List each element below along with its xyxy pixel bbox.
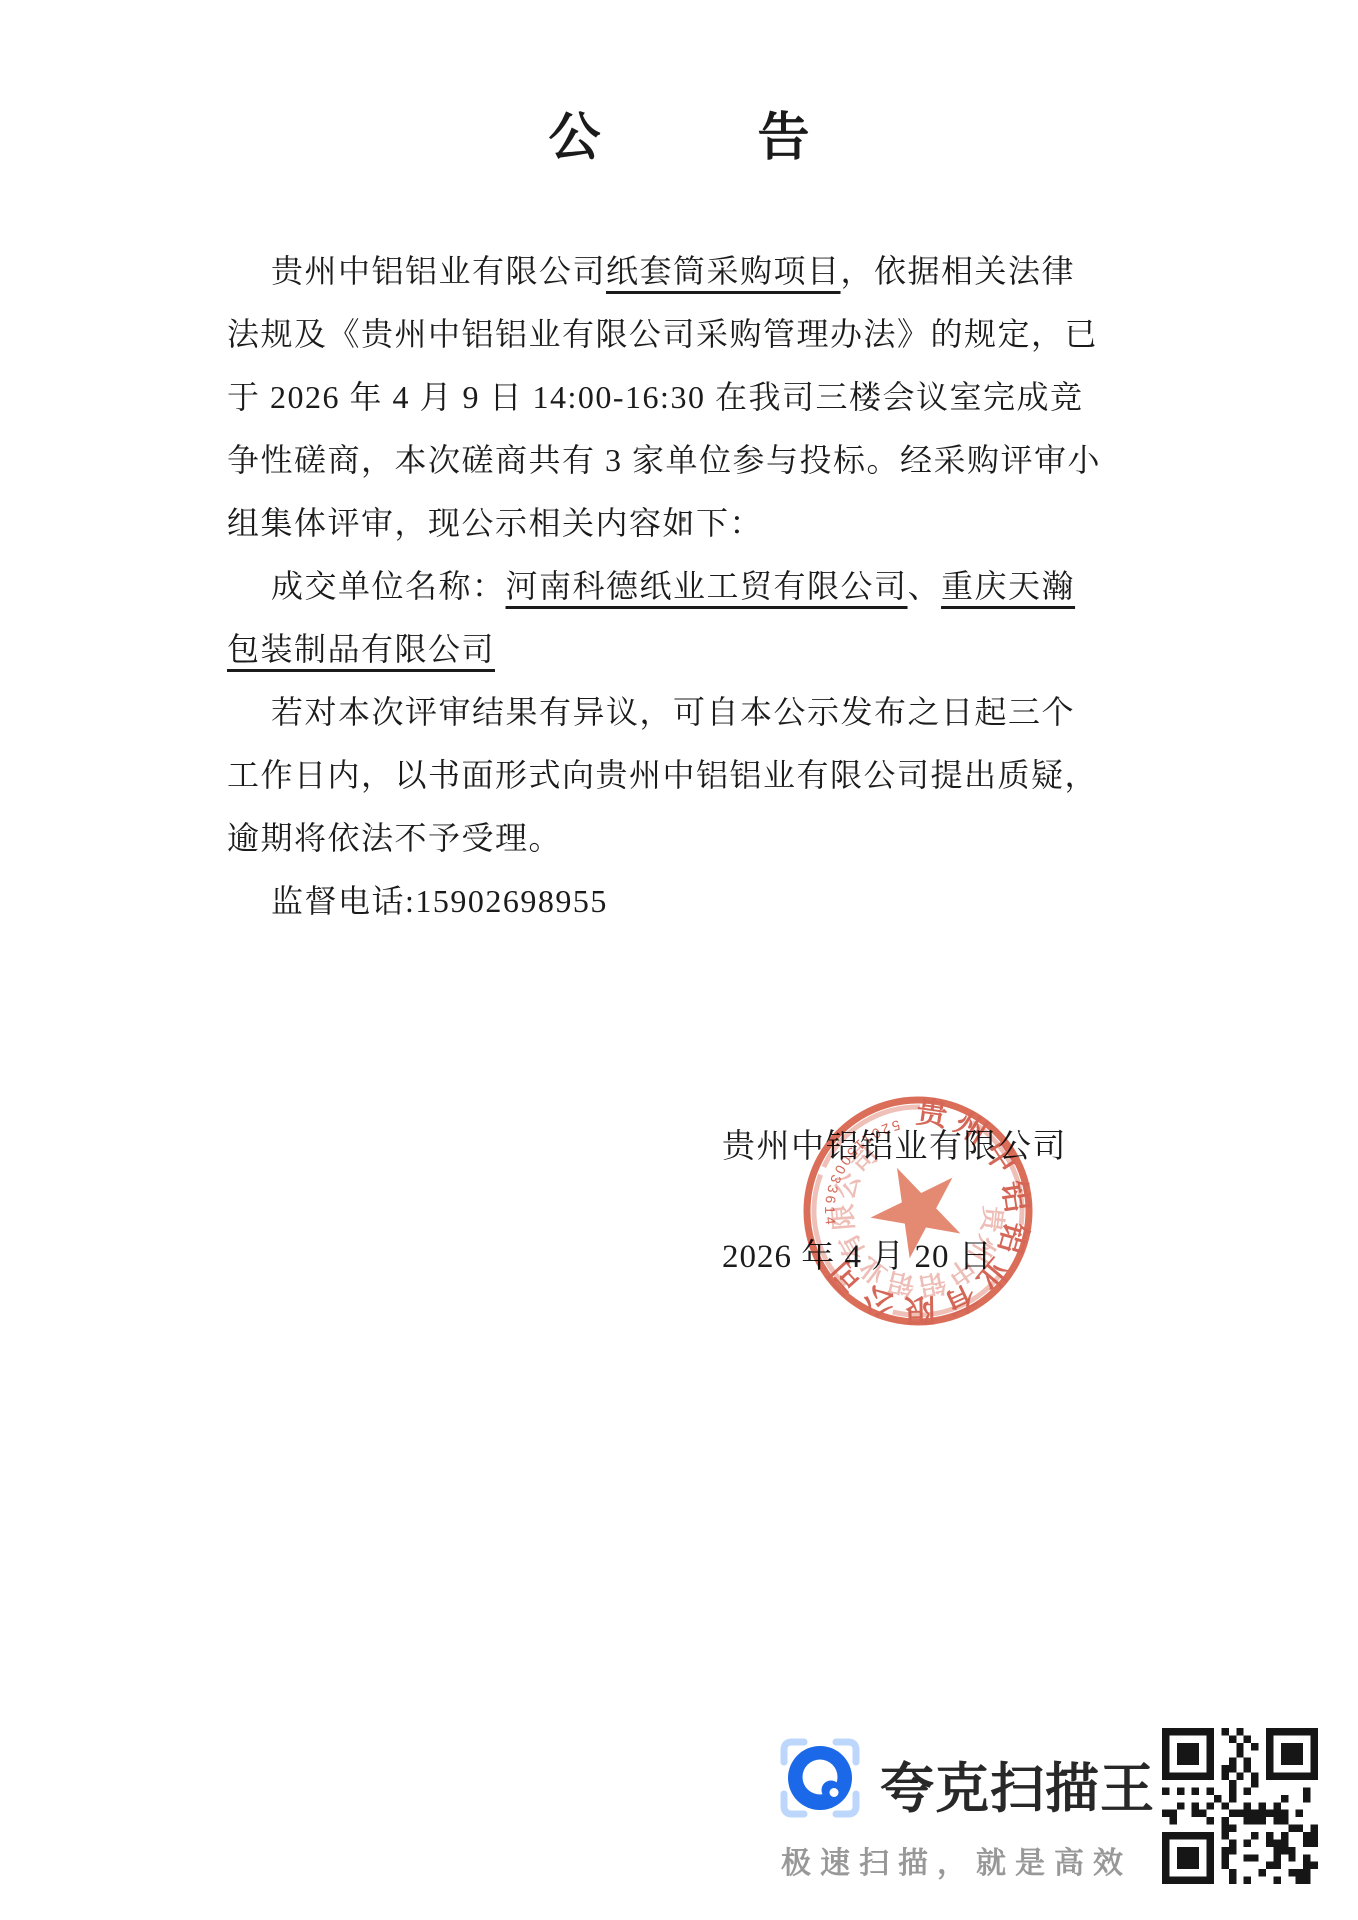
scanner-tagline: 极速扫描，就是高效 bbox=[781, 1838, 1132, 1882]
quark-scanner-logo-icon bbox=[778, 1736, 862, 1820]
body-text: 监督电话:15902698955 bbox=[271, 883, 608, 919]
body-line: 工作日内，以书面形式向贵州中铝铝业有限公司提出质疑， bbox=[227, 744, 1137, 807]
body-text: 工作日内，以书面形式向贵州中铝铝业有限公司提出质疑， bbox=[227, 757, 1098, 793]
qr-code bbox=[1162, 1728, 1318, 1884]
scan-speck bbox=[681, 517, 686, 522]
official-seal: 贵州中铝铝业有限公司 贵州中铝铝业有限公司 5201150033614 bbox=[796, 1089, 1040, 1333]
body-line: 若对本次评审结果有异议，可自本公示发布之日起三个 bbox=[227, 681, 1137, 744]
underlined-text: 纸套筒采购项目 bbox=[606, 253, 841, 289]
body-line: 监督电话:15902698955 bbox=[227, 870, 1137, 933]
title-char: 告 bbox=[758, 110, 810, 167]
body-text: 法规及《贵州中铝铝业有限公司采购管理办法》的规定，已 bbox=[227, 316, 1098, 352]
body-text: 于 2026 年 4 月 9 日 14:00-16:30 在我司三楼会议室完成竞 bbox=[227, 379, 1083, 415]
body-line: 逾期将依法不予受理。 bbox=[227, 807, 1137, 870]
body-text: 、 bbox=[908, 568, 942, 604]
document-body: 贵州中铝铝业有限公司纸套筒采购项目，依据相关法律法规及《贵州中铝铝业有限公司采购… bbox=[227, 240, 1137, 933]
body-text: 成交单位名称： bbox=[271, 568, 506, 604]
body-text: 组集体评审，现公示相关内容如下： bbox=[227, 505, 763, 541]
document-title: 公告 bbox=[0, 108, 1358, 170]
body-text: 贵州中铝铝业有限公司 bbox=[271, 253, 606, 289]
body-line: 组集体评审，现公示相关内容如下： bbox=[227, 492, 1137, 555]
seal-main-impression: 贵州中铝铝业有限公司 5201150033614 bbox=[796, 1089, 1040, 1333]
body-line: 争性磋商，本次磋商共有 3 家单位参与投标。经采购评审小 bbox=[227, 429, 1137, 492]
scanner-app-name: 夸克扫描王 bbox=[880, 1746, 1155, 1823]
body-text: 争性磋商，本次磋商共有 3 家单位参与投标。经采购评审小 bbox=[227, 442, 1101, 478]
body-line: 贵州中铝铝业有限公司纸套筒采购项目，依据相关法律 bbox=[227, 240, 1137, 303]
scanned-announcement-page: 公告 贵州中铝铝业有限公司纸套筒采购项目，依据相关法律法规及《贵州中铝铝业有限公… bbox=[0, 0, 1358, 1920]
underlined-text: 河南科德纸业工贸有限公司 bbox=[506, 568, 908, 604]
body-line: 成交单位名称：河南科德纸业工贸有限公司、重庆天瀚 bbox=[227, 555, 1137, 618]
body-text: 逾期将依法不予受理。 bbox=[227, 820, 562, 856]
body-line: 包装制品有限公司 bbox=[227, 618, 1137, 681]
underlined-text: 包装制品有限公司 bbox=[227, 631, 495, 667]
body-line: 于 2026 年 4 月 9 日 14:00-16:30 在我司三楼会议室完成竞 bbox=[227, 366, 1137, 429]
body-line: 法规及《贵州中铝铝业有限公司采购管理办法》的规定，已 bbox=[227, 303, 1137, 366]
body-text: ，依据相关法律 bbox=[841, 253, 1076, 289]
underlined-text: 重庆天瀚 bbox=[941, 568, 1075, 604]
body-text: 若对本次评审结果有异议，可自本公示发布之日起三个 bbox=[271, 694, 1075, 730]
title-char: 公 bbox=[548, 110, 600, 167]
